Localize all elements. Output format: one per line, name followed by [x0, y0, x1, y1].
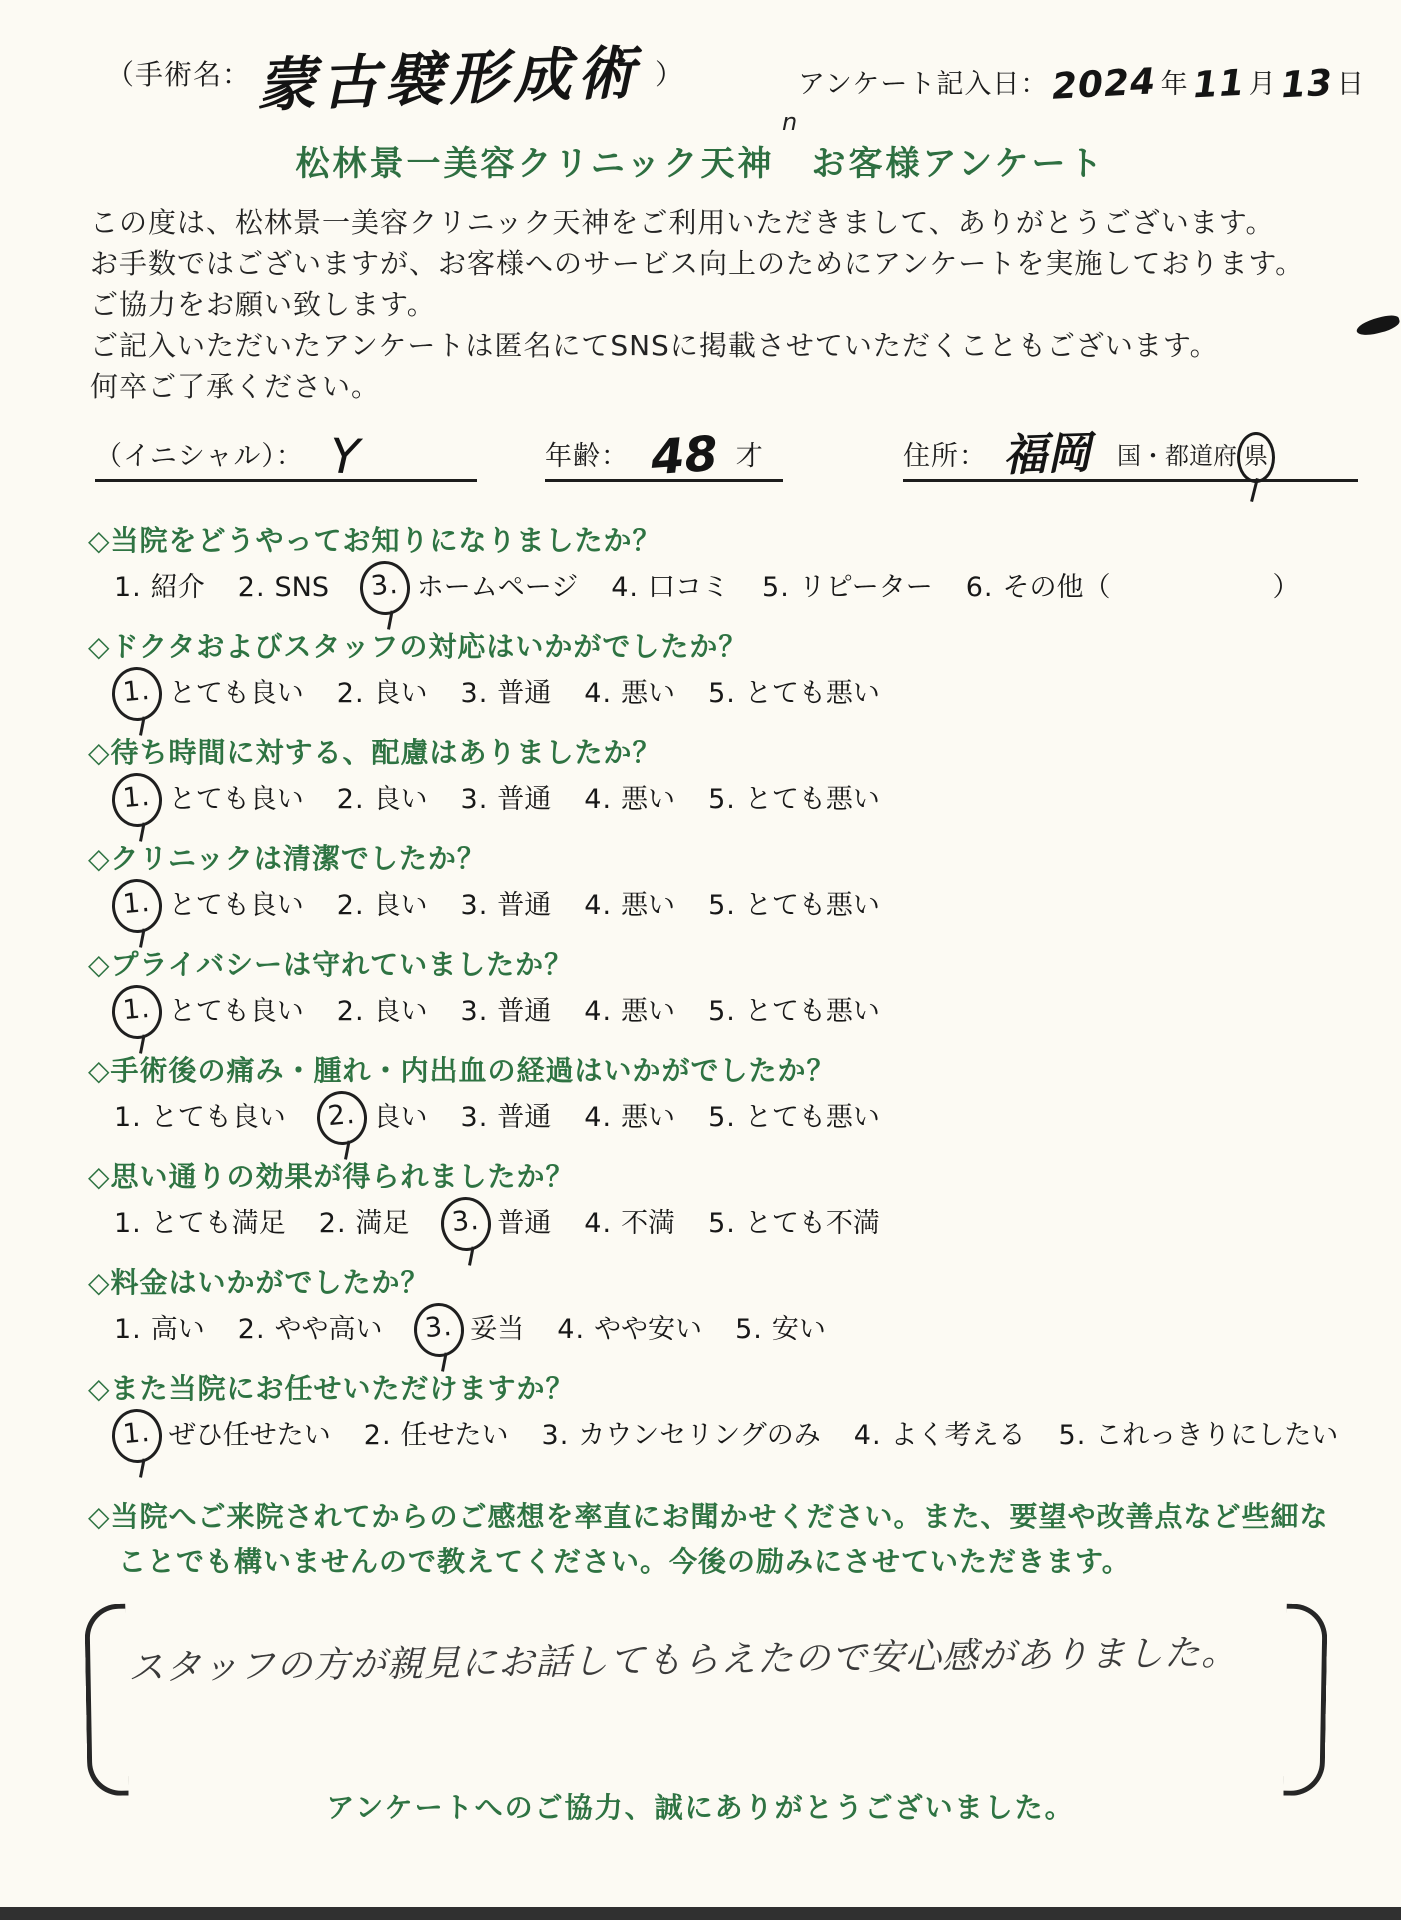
option-number: 5.: [708, 886, 736, 926]
surgery-label-suffix: ）: [655, 40, 684, 110]
selected-option-circle: 1.: [110, 983, 164, 1041]
scan-edge: [0, 1907, 1401, 1920]
age-field: 年齢： 48 才: [545, 433, 783, 482]
option-label: その他（ ）: [1002, 568, 1299, 608]
option-number: 2.: [319, 1204, 347, 1244]
date-day-handwriting: 13: [1280, 61, 1334, 110]
option-number: 5.: [708, 1098, 736, 1138]
option-label: 高い: [151, 1310, 205, 1350]
initial-field: （イニシャル）： Y: [95, 435, 477, 482]
question-block: ◇また当院にお任せいただけますか？1.ぜひ任せたい2.任せたい3.カウンセリング…: [88, 1372, 1348, 1478]
feedback-prompt: ◇当院へご来院されてからのご感想を率直にお聞かせください。また、要望や改善点など…: [88, 1494, 1329, 1584]
option-label: 紹介: [151, 568, 205, 608]
option-label: 良い: [374, 674, 428, 714]
option-item: 3.普通: [461, 780, 552, 820]
option-label: リピーター: [799, 568, 933, 608]
option-number: 5.: [708, 992, 736, 1032]
option-item: 5.リピーター: [762, 568, 933, 608]
option-label: 満足: [356, 1204, 410, 1244]
option-label: 安い: [772, 1310, 826, 1350]
option-item: 6.その他（ ）: [966, 568, 1300, 608]
option-item: 1.とても良い: [114, 1098, 286, 1138]
ink-smudge: [1355, 313, 1401, 338]
option-item: 3.普通: [461, 674, 552, 714]
option-number: 4.: [854, 1416, 882, 1456]
option-label: 普通: [497, 1204, 551, 1244]
option-label: 普通: [497, 992, 551, 1032]
question-title: ◇プライバシーは守れていましたか？: [88, 948, 1348, 982]
option-number: 2.: [238, 1310, 266, 1350]
option-number: 5.: [1059, 1416, 1087, 1456]
option-item: 2.SNS: [238, 568, 329, 608]
option-label: 良い: [374, 992, 428, 1032]
option-item: 2.やや高い: [238, 1310, 383, 1350]
option-label: 妥当: [470, 1310, 524, 1350]
option-item: 4.よく考える: [854, 1416, 1026, 1456]
option-item: 2.良い: [337, 992, 428, 1032]
surgery-label-prefix: （手術名：: [106, 40, 251, 110]
option-number: 2.: [337, 886, 365, 926]
date-label: アンケート記入日：: [798, 62, 1048, 108]
option-item: 5.とても悪い: [708, 886, 880, 926]
option-item: 4.悪い: [584, 992, 675, 1032]
option-number: 1.: [114, 1310, 142, 1350]
option-item: 2.良い: [337, 886, 428, 926]
option-label: とても悪い: [745, 780, 880, 820]
question-options: 1.とても良い2.良い3.普通4.悪い5.とても悪い: [88, 780, 1348, 820]
option-label: 悪い: [621, 886, 675, 926]
question-block: ◇当院をどうやってお知りになりましたか？1.紹介2.SNS3.ホームページ4.口…: [88, 524, 1348, 630]
selected-option-circle: 3.: [411, 1301, 465, 1359]
option-item: 3.ホームページ: [362, 568, 578, 608]
option-number: 3.: [461, 674, 489, 714]
address-value-handwriting: 福岡: [1002, 429, 1092, 480]
questions-list: ◇当院をどうやってお知りになりましたか？1.紹介2.SNS3.ホームページ4.口…: [88, 524, 1348, 1478]
option-label: 悪い: [621, 780, 675, 820]
option-number: 4.: [557, 1310, 585, 1350]
date-day-unit: 日: [1337, 62, 1365, 108]
option-number: 6.: [966, 568, 994, 608]
profile-row: （イニシャル）： Y 年齢： 48 才 住所： 福岡 国・都道府県: [0, 418, 1401, 482]
question-options: 1.とても満足2.満足3.普通4.不満5.とても不満: [88, 1204, 1348, 1244]
option-label: とても良い: [151, 1098, 286, 1138]
option-label: ぜひ任せたい: [169, 1416, 331, 1456]
selected-option-circle: 3.: [438, 1195, 492, 1253]
option-number: 3.: [461, 886, 489, 926]
option-item: 5.とても悪い: [708, 674, 880, 714]
option-item: 3.普通: [461, 992, 552, 1032]
age-value-handwriting: 48: [649, 431, 719, 482]
question-options: 1.とても良い2.良い3.普通4.悪い5.とても悪い: [88, 886, 1348, 926]
option-label: 普通: [497, 780, 551, 820]
initial-value-handwriting: Y: [329, 435, 360, 480]
option-item: 3.カウンセリングのみ: [542, 1416, 821, 1456]
option-number: 3.: [461, 1098, 489, 1138]
option-label: 不満: [621, 1204, 675, 1244]
question-block: ◇手術後の痛み・腫れ・内出血の経過はいかがでしたか？1.とても良い2.良い3.普…: [88, 1054, 1348, 1160]
region-label-prefix: 国・都道府: [1117, 442, 1237, 470]
option-label: 良い: [374, 780, 428, 820]
option-item: 2.良い: [319, 1098, 428, 1138]
option-number: 5.: [708, 674, 736, 714]
option-item: 3.普通: [461, 886, 552, 926]
option-item: 2.良い: [337, 674, 428, 714]
option-label: とても良い: [169, 992, 304, 1032]
initial-label: （イニシャル）：: [95, 435, 304, 479]
option-number: 1.: [114, 568, 142, 608]
question-options: 1.高い2.やや高い3.妥当4.やや安い5.安い: [88, 1310, 1348, 1350]
option-label: これっきりにしたい: [1095, 1416, 1338, 1456]
option-item: 2.満足: [319, 1204, 410, 1244]
question-block: ◇ドクタおよびスタッフの対応はいかがでしたか？1.とても良い2.良い3.普通4.…: [88, 630, 1348, 736]
option-item: 1.高い: [114, 1310, 205, 1350]
option-item: 1.ぜひ任せたい: [114, 1416, 331, 1456]
address-field: 住所： 福岡 国・都道府県: [903, 431, 1358, 482]
feedback-prompt-line: ◇当院へご来院されてからのご感想を率直にお聞かせください。また、要望や改善点など…: [88, 1494, 1329, 1539]
option-item: 1.とても満足: [114, 1204, 286, 1244]
option-number: 3.: [542, 1416, 570, 1456]
option-number: 4.: [584, 1098, 612, 1138]
option-item: 4.悪い: [584, 674, 675, 714]
option-label: 普通: [497, 1098, 551, 1138]
option-label: 良い: [374, 886, 428, 926]
option-label: 良い: [374, 1098, 428, 1138]
intro-line: お手数ではございますが、お客様へのサービス向上のためにアンケートを実施しておりま…: [90, 243, 1304, 284]
option-label: とても悪い: [745, 886, 880, 926]
date-year-unit: 年: [1161, 62, 1189, 108]
date-month-unit: 月: [1249, 62, 1277, 108]
option-item: 5.安い: [735, 1310, 826, 1350]
option-number: 2.: [364, 1416, 392, 1456]
option-label: とても満足: [151, 1204, 286, 1244]
option-number: 4.: [584, 1204, 612, 1244]
comment-box: スタッフの方が親見にお話してもらえたので安心感がありました。: [86, 1598, 1326, 1810]
option-label: 任せたい: [401, 1416, 509, 1456]
option-item: 4.やや安い: [557, 1310, 702, 1350]
question-title: ◇思い通りの効果が得られましたか？: [88, 1160, 1348, 1194]
question-title: ◇料金はいかがでしたか？: [88, 1266, 1348, 1300]
option-item: 2.良い: [337, 780, 428, 820]
option-label: とても良い: [169, 886, 304, 926]
option-label: 普通: [497, 886, 551, 926]
address-label: 住所：: [903, 435, 987, 479]
option-label: 普通: [497, 674, 551, 714]
survey-scan-page: （手術名： 蒙古襞形成術 ） アンケート記入日： 2024 年 11 月 13 …: [0, 0, 1401, 1920]
date-year-handwriting: 2024: [1051, 59, 1157, 110]
question-block: ◇思い通りの効果が得られましたか？1.とても満足2.満足3.普通4.不満5.とて…: [88, 1160, 1348, 1266]
question-options: 1.紹介2.SNS3.ホームページ4.口コミ5.リピーター6.その他（ ）: [88, 568, 1348, 608]
option-label: やや高い: [275, 1310, 383, 1350]
option-item: 1.とても良い: [114, 992, 304, 1032]
question-title: ◇クリニックは清潔でしたか？: [88, 842, 1348, 876]
option-label: SNS: [275, 568, 329, 608]
option-number: 5.: [708, 780, 736, 820]
option-label: とても不満: [745, 1204, 880, 1244]
option-item: 1.とても良い: [114, 780, 304, 820]
age-unit: 才: [736, 435, 764, 479]
selected-option-circle: 3.: [358, 559, 412, 617]
option-item: 3.普通: [461, 1098, 552, 1138]
question-block: ◇プライバシーは守れていましたか？1.とても良い2.良い3.普通4.悪い5.とて…: [88, 948, 1348, 1054]
option-item: 5.とても悪い: [708, 780, 880, 820]
option-label: 悪い: [621, 992, 675, 1032]
option-item: 1.紹介: [114, 568, 205, 608]
surgery-name-handwriting: 蒙古襞形成術: [256, 37, 642, 120]
option-item: 5.とても悪い: [708, 992, 880, 1032]
option-item: 4.不満: [584, 1204, 675, 1244]
surgery-field: （手術名： 蒙古襞形成術 ）: [106, 40, 684, 110]
option-item: 5.とても不満: [708, 1204, 880, 1244]
option-label: 口コミ: [648, 568, 729, 608]
question-title: ◇ドクタおよびスタッフの対応はいかがでしたか？: [88, 630, 1348, 664]
option-number: 1.: [114, 1098, 142, 1138]
question-block: ◇料金はいかがでしたか？1.高い2.やや高い3.妥当4.やや安い5.安い: [88, 1266, 1348, 1372]
intro-line: この度は、松林景一美容クリニック天神をご利用いただきまして、ありがとうございます…: [90, 202, 1304, 243]
option-number: 5.: [735, 1310, 763, 1350]
intro-paragraph: この度は、松林景一美容クリニック天神をご利用いただきまして、ありがとうございます…: [90, 202, 1304, 407]
option-label: 悪い: [621, 1098, 675, 1138]
right-bracket-pen: [1283, 1604, 1327, 1797]
stray-pen-mark: n: [782, 108, 797, 136]
option-number: 3.: [461, 780, 489, 820]
intro-line: ご協力をお願い致します。: [90, 284, 1304, 325]
selected-option-circle: 2.: [315, 1089, 369, 1147]
left-bracket-pen: [84, 1604, 128, 1797]
question-block: ◇待ち時間に対する、配慮はありましたか？1.とても良い2.良い3.普通4.悪い5…: [88, 736, 1348, 842]
option-number: 4.: [584, 992, 612, 1032]
option-item: 1.とても良い: [114, 886, 304, 926]
option-item: 1.とても良い: [114, 674, 304, 714]
option-item: 4.悪い: [584, 780, 675, 820]
option-number: 4.: [584, 674, 612, 714]
page-title: 松林景一美容クリニック天神 お客様アンケート: [0, 136, 1401, 185]
selected-option-circle: 1.: [110, 877, 164, 935]
option-label: とても悪い: [745, 992, 880, 1032]
option-number: 2.: [337, 780, 365, 820]
intro-line: 何卒ご了承ください。: [90, 366, 1304, 407]
option-number: 4.: [584, 886, 612, 926]
selected-option-circle: 1.: [110, 665, 164, 723]
option-label: とても悪い: [745, 1098, 880, 1138]
option-item: 5.これっきりにしたい: [1059, 1416, 1339, 1456]
option-label: 悪い: [621, 674, 675, 714]
intro-line: ご記入いただいたアンケートは匿名にてSNSに掲載させていただくこともございます。: [90, 325, 1304, 366]
question-options: 1.とても良い2.良い3.普通4.悪い5.とても悪い: [88, 674, 1348, 714]
closing-line: アンケートへのご協力、誠にありがとうございました。: [0, 1786, 1401, 1826]
option-number: 4.: [611, 568, 639, 608]
feedback-prompt-line: ことでも構いませんので教えてください。今後の励みにさせていただきます。: [88, 1539, 1329, 1584]
question-options: 1.とても良い2.良い3.普通4.悪い5.とても悪い: [88, 1098, 1348, 1138]
option-item: 3.妥当: [416, 1310, 525, 1350]
option-item: 4.口コミ: [611, 568, 729, 608]
question-title: ◇待ち時間に対する、配慮はありましたか？: [88, 736, 1348, 770]
date-month-handwriting: 11: [1191, 61, 1245, 110]
option-item: 2.任せたい: [364, 1416, 509, 1456]
option-number: 2.: [337, 674, 365, 714]
question-title: ◇当院をどうやってお知りになりましたか？: [88, 524, 1348, 558]
question-title: ◇手術後の痛み・腫れ・内出血の経過はいかがでしたか？: [88, 1054, 1348, 1088]
option-item: 4.悪い: [584, 886, 675, 926]
survey-date-field: アンケート記入日： 2024 年 11 月 13 日: [798, 62, 1365, 108]
option-number: 4.: [584, 780, 612, 820]
option-number: 3.: [461, 992, 489, 1032]
option-item: 4.悪い: [584, 1098, 675, 1138]
region-label: 国・都道府県: [1117, 432, 1275, 479]
option-item: 3.普通: [443, 1204, 552, 1244]
option-label: よく考える: [891, 1416, 1026, 1456]
option-label: とても良い: [169, 674, 304, 714]
option-number: 5.: [708, 1204, 736, 1244]
question-options: 1.とても良い2.良い3.普通4.悪い5.とても悪い: [88, 992, 1348, 1032]
comment-handwriting: スタッフの方が親見にお話してもらえたので安心感がありました。: [128, 1626, 1259, 1696]
option-label: とても良い: [169, 780, 304, 820]
question-title: ◇また当院にお任せいただけますか？: [88, 1372, 1348, 1406]
option-number: 1.: [114, 1204, 142, 1244]
option-number: 2.: [238, 568, 266, 608]
region-circled-pen: 県: [1237, 432, 1275, 483]
option-label: ホームページ: [417, 568, 578, 608]
option-label: やや安い: [594, 1310, 702, 1350]
selected-option-circle: 1.: [110, 1407, 164, 1465]
option-label: とても悪い: [745, 674, 880, 714]
option-item: 5.とても悪い: [708, 1098, 880, 1138]
selected-option-circle: 1.: [110, 771, 164, 829]
question-options: 1.ぜひ任せたい2.任せたい3.カウンセリングのみ4.よく考える5.これっきりに…: [88, 1416, 1348, 1456]
option-number: 2.: [337, 992, 365, 1032]
option-label: カウンセリングのみ: [578, 1416, 820, 1456]
question-block: ◇クリニックは清潔でしたか？1.とても良い2.良い3.普通4.悪い5.とても悪い: [88, 842, 1348, 948]
option-number: 5.: [762, 568, 790, 608]
age-label: 年齢：: [545, 435, 629, 479]
